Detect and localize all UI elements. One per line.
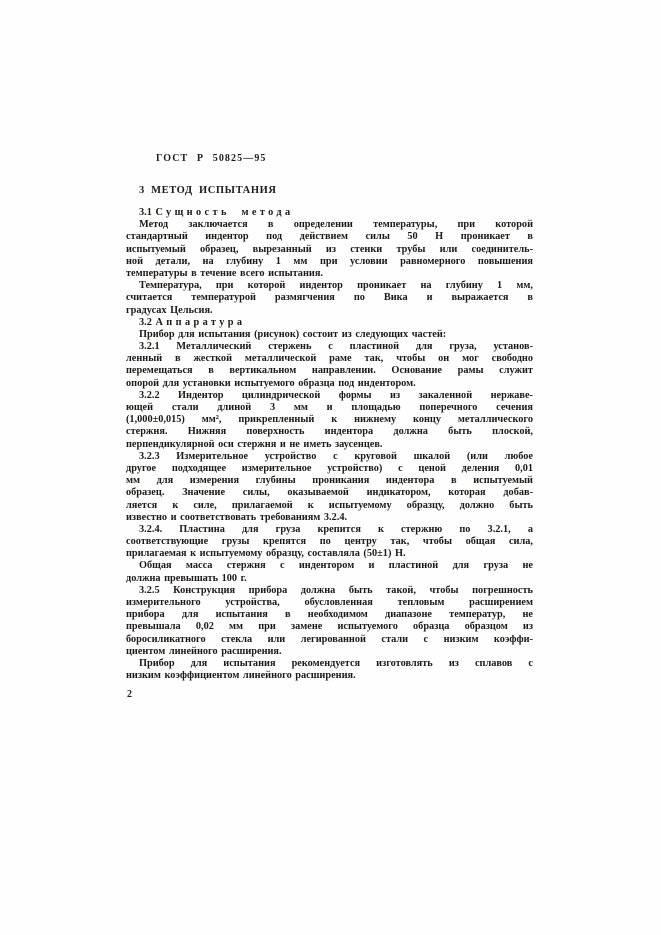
paragraph-line: циентом линейного расширения. — [126, 646, 533, 658]
paragraph-line: перемещаться в вертикальном направлении.… — [126, 365, 533, 377]
paragraph-line: 3.2.3 Измерительное устройство с кругово… — [126, 451, 533, 463]
gost-standard-number: ГОСТ Р 50825—95 — [156, 153, 533, 164]
paragraph-line: ленный в жесткой металлической раме так,… — [126, 353, 533, 365]
subsection-heading: 3.2 Аппаратура — [126, 317, 533, 329]
paragraph-line: ющей стали длиной 3 мм и площадью попере… — [126, 402, 533, 414]
paragraph-line: стандартный индентор под действием силы … — [126, 231, 533, 243]
paragraph-line: мм для измерения глубины проникания инде… — [126, 475, 533, 487]
paragraph-line: 3.2.4. Пластина для груза крепится к сте… — [126, 524, 533, 536]
paragraph-line: испытуемый образец, вырезанный из стенки… — [126, 244, 533, 256]
paragraph-line: опорой для установки испытуемого образца… — [126, 378, 533, 390]
paragraph-line: образец. Значение силы, оказываемой инди… — [126, 487, 533, 499]
paragraph-line: перпендикулярной оси стержня и не иметь … — [126, 439, 533, 451]
paragraph-line: Метод заключается в определении температ… — [126, 219, 533, 231]
paragraph-line: Прибор для испытания (рисунок) состоит и… — [126, 329, 533, 341]
paragraph-line: измерительного устройства, обусловленная… — [126, 597, 533, 609]
paragraph-line: Общая масса стержня с индентором и пласт… — [126, 560, 533, 572]
paragraph-line: низким коэффициентом линейного расширени… — [126, 670, 533, 682]
paragraph-line: другое подходящее измерительное устройст… — [126, 463, 533, 475]
paragraph-line: Температура, при которой индентор проник… — [126, 280, 533, 292]
paragraph-line: 3.2.2 Индентор цилиндрической формы из з… — [126, 390, 533, 402]
paragraph-line: температуры в течение всего испытания. — [126, 268, 533, 280]
paragraph-line: Прибор для испытания рекомендуется изгот… — [126, 658, 533, 670]
subsection-heading: 3.1 Сущность метода — [126, 207, 533, 219]
paragraph-line: 3.2.1 Металлический стержень с пластиной… — [126, 341, 533, 353]
page-number: 2 — [127, 689, 132, 700]
paragraph-line: ляется к силе, прилагаемой к испытуемому… — [126, 500, 533, 512]
paragraph-line: 3.2.5 Конструкция прибора должна быть та… — [126, 585, 533, 597]
paragraph-line: превышала 0,02 мм при замене испытуемого… — [126, 621, 533, 633]
paragraph-line: считается температурой размягчения по Ви… — [126, 292, 533, 304]
paragraph-line: прилагаемая к испытуемому образцу, соста… — [126, 548, 533, 560]
paragraph-line: градусах Цельсия. — [126, 305, 533, 317]
paragraph-line: соответствующие грузы крепятся по центру… — [126, 536, 533, 548]
paper-background: ГОСТ Р 50825—95 3 МЕТОД ИСПЫТАНИЯ 3.1 Су… — [0, 0, 661, 935]
text-column: ГОСТ Р 50825—95 3 МЕТОД ИСПЫТАНИЯ 3.1 Су… — [126, 153, 533, 682]
paragraph-line: должна превышать 100 г. — [126, 573, 533, 585]
paragraph-line: известно и соответствовать требованиям 3… — [126, 512, 533, 524]
paragraph-line: ной детали, на глубину 1 мм при условии … — [126, 256, 533, 268]
scanned-document-page: ГОСТ Р 50825—95 3 МЕТОД ИСПЫТАНИЯ 3.1 Су… — [0, 0, 661, 935]
paragraph-line: (1,000±0,015) мм², прикрепленный к нижне… — [126, 414, 533, 426]
paragraph-line: прибора для испытания в необходимом диап… — [126, 609, 533, 621]
paragraph-line: боросиликатного стекла или легированной … — [126, 634, 533, 646]
document-body: 3.1 Сущность методаМетод заключается в о… — [126, 207, 533, 682]
paragraph-line: стержня. Нижняя поверхность индентора до… — [126, 426, 533, 438]
section-title: 3 МЕТОД ИСПЫТАНИЯ — [126, 185, 533, 196]
